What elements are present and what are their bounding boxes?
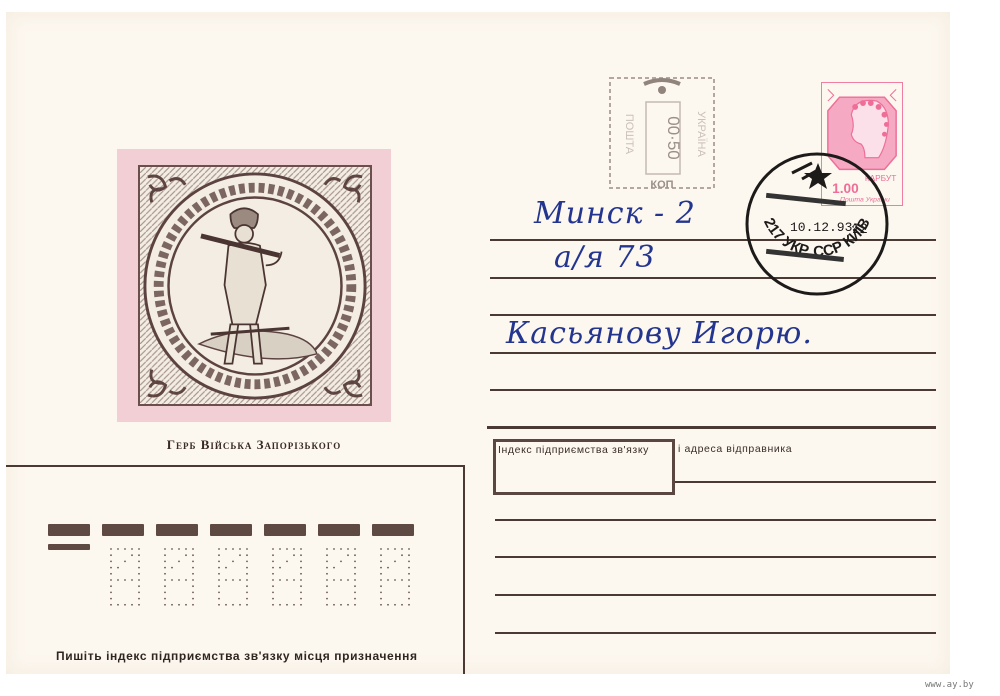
watermark: www.ay.by [925,680,974,690]
digit-bar [156,524,198,536]
digit-bar [102,524,144,536]
address-line-4 [490,352,936,354]
postal-digit-field[interactable] [270,546,304,608]
envelope: Герб Війська Запорізького 00·50 ПОШТА УК… [6,12,950,674]
digit-bar [210,524,252,536]
recipient-name: Касьянову Игорю. [506,316,813,351]
code-marker-bar [48,524,90,536]
postal-code-instruction: Пишіть індекс підприємства зв'язку місця… [56,649,418,663]
sender-top-rule [487,426,936,429]
meter-unit: КОП [650,179,673,191]
recipient-city: Минск - 2 [534,196,696,231]
postal-digit-field[interactable] [162,546,196,608]
sender-index-label: Індекс підприємства зв'язку [498,444,649,456]
sender-line-5 [495,632,936,634]
meter-text-right: УКРАЇНА [695,111,707,157]
sender-line-1 [675,481,936,483]
sender-address-label: і адреса відправника [678,443,792,455]
postal-digit-field[interactable] [378,546,412,608]
digit-bar [372,524,414,536]
sender-line-2 [495,519,936,521]
illustration-caption: Герб Війська Запорізького [117,437,391,453]
postmark-date: 10.12.93 [790,220,852,235]
cossack-engraving-image [138,165,372,406]
sender-line-3 [495,556,936,558]
sender-line-4 [495,594,936,596]
postal-code-top-rule [6,465,464,467]
postal-digit-field[interactable] [216,546,250,608]
code-marker-bar-small [48,544,90,550]
recipient-pobox: а/я 73 [554,240,656,275]
postal-digit-field[interactable] [108,546,142,608]
postmark: 217 УКР. ССР КИЇВ 10.12.93 12 [742,149,892,299]
meter-value: 00·50 [664,116,683,159]
postmark-hour: 12 [852,220,868,236]
postal-code-right-rule [463,465,465,674]
address-line-5 [490,389,936,391]
postal-digit-field[interactable] [324,546,358,608]
digit-bar [264,524,306,536]
meter-text-left: ПОШТА [623,114,635,155]
digit-bar [318,524,360,536]
meter-stamp: 00·50 ПОШТА УКРАЇНА КОП [606,74,718,192]
